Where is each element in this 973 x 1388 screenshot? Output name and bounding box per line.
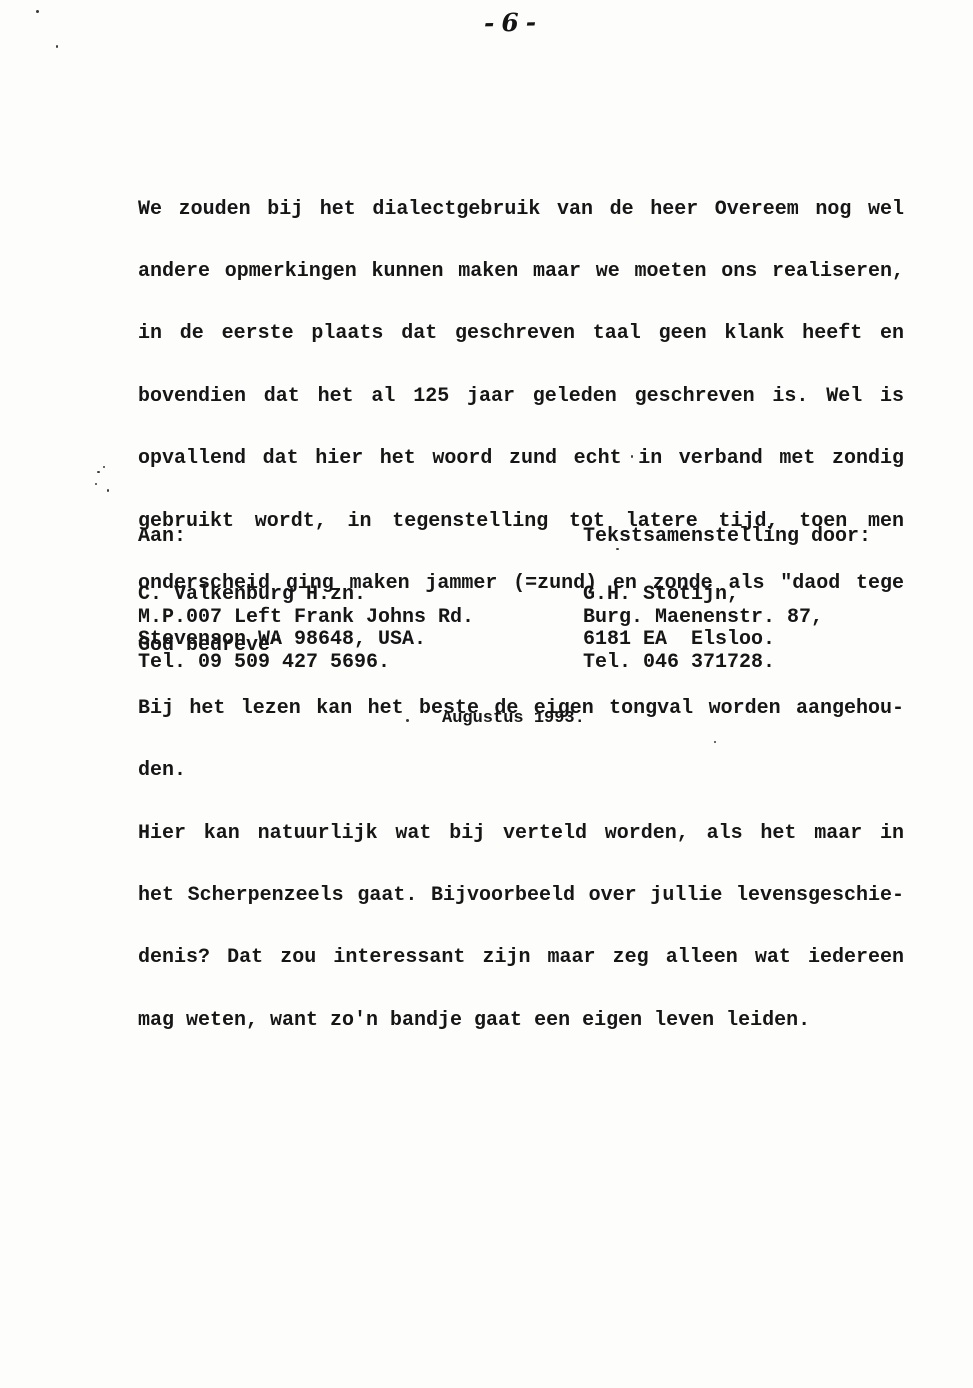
address-line: M.P.007 Left Frank Johns Rd. xyxy=(138,607,474,630)
composer-label: Tekstsamenstelling door: xyxy=(583,525,871,548)
body-line: Hier kan natuurlijk wat bij verteld word… xyxy=(138,824,904,845)
body-line: mag weten, want zo'n bandje gaat een eig… xyxy=(138,1011,904,1032)
scan-speck xyxy=(103,466,105,468)
page-number: -6- xyxy=(484,7,544,37)
body-line: het Scherpenzeels gaat. Bijvoorbeeld ove… xyxy=(138,886,904,907)
recipient-address-block: C. Valkenburg H.zn. M.P.007 Left Frank J… xyxy=(138,584,474,674)
address-line: 6181 EA Elsloo. xyxy=(583,629,823,652)
scan-speck xyxy=(36,10,39,13)
document-page: -6- We zouden bij het dialectgebruik van… xyxy=(0,0,973,1388)
scan-speck xyxy=(714,741,716,743)
body-line: opvallend dat hier het woord zund echt i… xyxy=(138,449,904,470)
scan-speck xyxy=(616,548,619,550)
body-line: bovendien dat het al 125 jaar geleden ge… xyxy=(138,387,904,408)
address-line: G.H. Stotijn, xyxy=(583,584,823,607)
body-line: andere opmerkingen kunnen maken maar we … xyxy=(138,262,904,283)
body-line: We zouden bij het dialectgebruik van de … xyxy=(138,200,904,221)
address-line: Tel. 09 509 427 5696. xyxy=(138,652,474,675)
address-line: Tel. 046 371728. xyxy=(583,652,823,675)
scan-speck xyxy=(631,455,633,458)
recipient-label: Aan: xyxy=(138,525,186,548)
date-line: Augustus 1993. xyxy=(442,709,585,728)
scan-speck xyxy=(56,45,58,48)
scan-speck xyxy=(95,483,97,485)
body-line: denis? Dat zou interessant zijn maar zeg… xyxy=(138,948,904,969)
scan-speck xyxy=(406,719,409,722)
scan-speck xyxy=(107,489,109,492)
composer-address-block: G.H. Stotijn, Burg. Maenenstr. 87, 6181 … xyxy=(583,584,823,674)
address-line: Stevenson WA 98648, USA. xyxy=(138,629,474,652)
address-line: C. Valkenburg H.zn. xyxy=(138,584,474,607)
address-line: Burg. Maenenstr. 87, xyxy=(583,607,823,630)
body-line: den. xyxy=(138,761,904,782)
body-line: in de eerste plaats dat geschreven taal … xyxy=(138,324,904,345)
scan-speck xyxy=(97,471,100,473)
